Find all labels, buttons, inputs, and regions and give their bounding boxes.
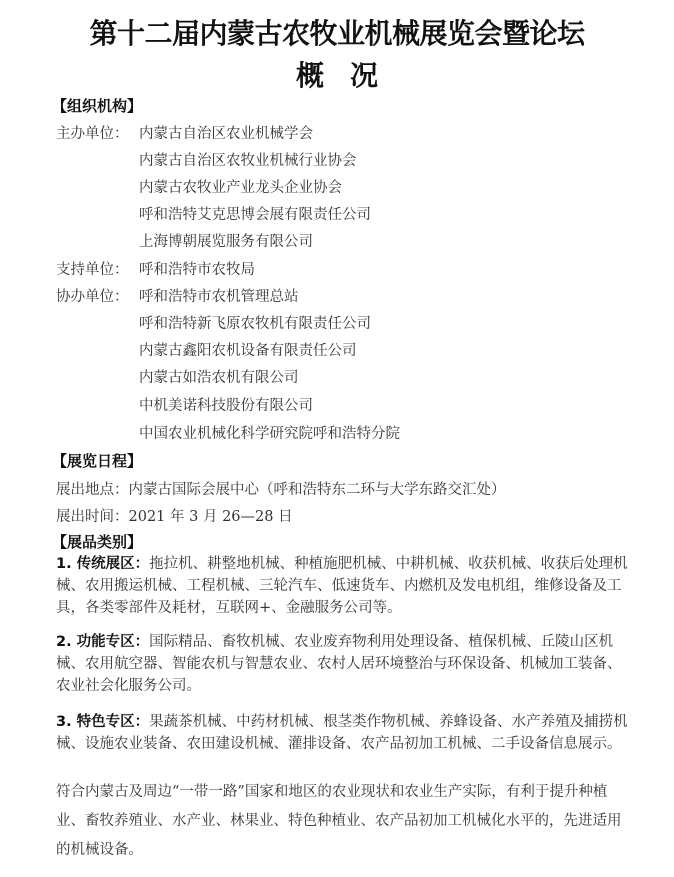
exhibition-venue: 展出地点：内蒙古国际会展中心（呼和浩特东二环与大学东路交汇处）: [56, 478, 506, 499]
co-organizer-item: 呼和浩特新飞原农牧机有限责任公司: [139, 312, 371, 333]
exhibition-time: 展出时间：2021 年 3 月 26—28 日: [56, 505, 293, 526]
host-item: 上海博朝展览服务有限公司: [139, 230, 313, 251]
co-organizer-item: 中国农业机械化科学研究院呼和浩特分院: [139, 422, 400, 443]
section-heading-organization: 【组织机构】: [52, 95, 142, 116]
co-organizer-item: 呼和浩特市农机管理总站: [139, 285, 299, 306]
host-label: 主办单位：: [56, 122, 129, 143]
co-organizer-item: 中机美诺科技股份有限公司: [139, 394, 313, 415]
subtitle-char: 况: [350, 59, 378, 92]
category-label: 1. 传统展区：: [56, 556, 149, 572]
category-label: 3. 特色专区：: [56, 714, 149, 730]
host-item: 内蒙古自治区农业机械学会: [139, 122, 313, 143]
support-label: 支持单位：: [56, 258, 129, 279]
section-heading-schedule: 【展览日程】: [52, 450, 142, 471]
document-subtitle: 概况: [0, 54, 674, 94]
category-closing-note: 符合内蒙古及周边“一带一路”国家和地区的农业现状和农业生产实际，有利于提升种植业…: [56, 778, 631, 865]
document-title: 第十二届内蒙古农牧业机械展览会暨论坛: [0, 12, 674, 52]
category-featured: 3. 特色专区：果蔬茶机械、中药材机械、根茎类作物机械、养蜂设备、水产养殖及捕捞…: [56, 711, 631, 755]
host-item: 内蒙古农牧业产业龙头企业协会: [139, 176, 342, 197]
category-traditional: 1. 传统展区：拖拉机、耕整地机械、种植施肥机械、中耕机械、收获机械、收获后处理…: [56, 553, 631, 619]
supporter-item: 呼和浩特市农牧局: [139, 258, 255, 279]
host-item: 呼和浩特艾克思博会展有限责任公司: [139, 203, 371, 224]
category-functional: 2. 功能专区：国际精品、畜牧机械、农业废弃物利用处理设备、植保机械、丘陵山区机…: [56, 631, 631, 697]
host-item: 内蒙古自治区农牧业机械行业协会: [139, 149, 357, 170]
co-organizer-item: 内蒙古如浩农机有限公司: [139, 366, 299, 387]
co-organizer-item: 内蒙古鑫阳农机设备有限责任公司: [139, 339, 357, 360]
subtitle-char: 概: [296, 59, 324, 92]
co-organizer-label: 协办单位：: [56, 285, 129, 306]
section-heading-categories: 【展品类别】: [52, 531, 142, 552]
category-label: 2. 功能专区：: [56, 634, 149, 650]
